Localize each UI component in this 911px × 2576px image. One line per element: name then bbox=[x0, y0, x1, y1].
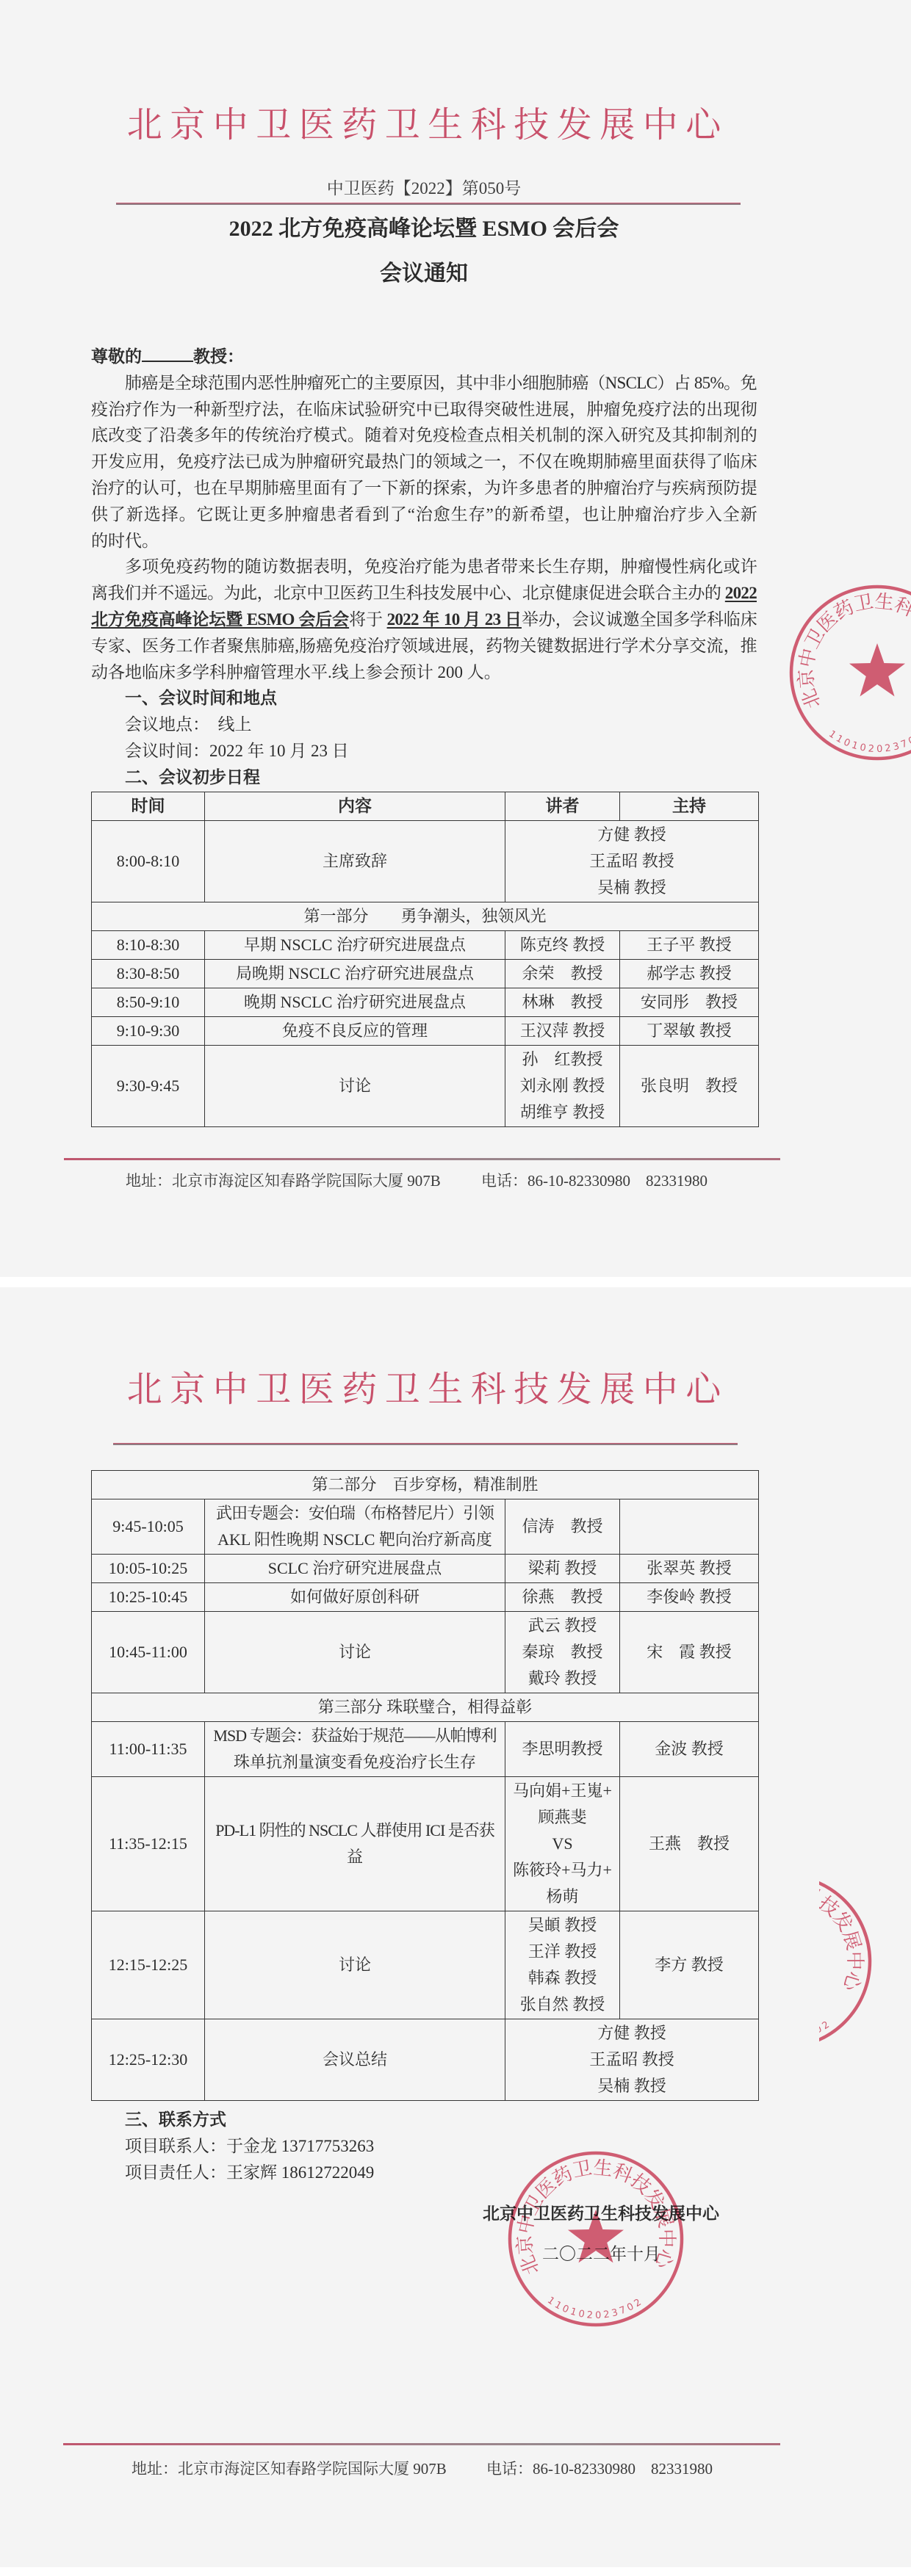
content-line: SCLC 治疗研究进展盘点 bbox=[206, 1555, 503, 1582]
paragraph-text: 离我们并不遥远。为此，北京中卫医药卫生科技发展中心、北京健康促进会联合主办的 bbox=[91, 584, 725, 602]
seal-star-icon bbox=[849, 643, 905, 696]
host-cell: 王燕 教授 bbox=[620, 1777, 759, 1911]
content-line: 讨论 bbox=[206, 1073, 503, 1099]
section-title: 第三部分 珠联璧合，相得益彰 bbox=[92, 1693, 759, 1722]
salutation: 尊敬的教授： bbox=[91, 341, 757, 368]
content-line: 益 bbox=[206, 1844, 503, 1870]
contact-label: 项目联系人： bbox=[125, 2137, 226, 2155]
paragraph-line: 动各地临床多学科肿瘤管理水平.线上参会预计 200 人。 bbox=[91, 659, 757, 686]
person-line: 徐燕 教授 bbox=[507, 1584, 618, 1610]
contact-phone: 18612722049 bbox=[281, 2163, 375, 2182]
paragraph-2: 多项免疫药物的随访数据表明，免疫治疗能为患者带来长生存期，肿瘤慢性病化或许 离我… bbox=[91, 554, 757, 685]
time-cell: 11:00-11:35 bbox=[92, 1722, 205, 1777]
schedule-row: 11:00-11:35 MSD 专题会：获益始于规范——从帕博利 珠单抗剂量演变… bbox=[92, 1722, 759, 1777]
host-cell: 张良明 教授 bbox=[620, 1046, 759, 1127]
paragraph-line: 专家、医务工作者聚焦肺癌,肠癌免疫治疗领域进展，药物关键数据进行学术分享交流，推 bbox=[91, 633, 757, 659]
content-cell: MSD 专题会：获益始于规范——从帕博利 珠单抗剂量演变看免疫治疗长生存 bbox=[205, 1722, 505, 1777]
time-cell: 8:10-8:30 bbox=[92, 931, 205, 960]
person-line: 吴頔 教授 bbox=[507, 1912, 618, 1939]
host-cell: 郝学志 教授 bbox=[620, 960, 759, 988]
person-line: 王洋 教授 bbox=[507, 1939, 618, 1965]
event-year-emphasis: 2022 bbox=[725, 584, 757, 602]
host-cell: 宋 霞 教授 bbox=[620, 1612, 759, 1693]
recipient-blank bbox=[142, 341, 193, 362]
content-line: 如何做好原创科研 bbox=[206, 1584, 503, 1610]
person-line: 张自然 教授 bbox=[507, 1991, 618, 2018]
time-cell: 10:25-10:45 bbox=[92, 1583, 205, 1612]
content-line: 讨论 bbox=[206, 1639, 503, 1665]
person-line: 李思明教授 bbox=[507, 1736, 618, 1762]
footer-divider bbox=[64, 1158, 780, 1160]
content-cell: 讨论 bbox=[205, 1911, 505, 2019]
speaker-cell: 吴頔 教授 王洋 教授 韩森 教授 张自然 教授 bbox=[505, 1911, 620, 2019]
schedule-row: 8:30-8:50 局晚期 NSCLC 治疗研究进展盘点 余荣 教授 郝学志 教… bbox=[92, 960, 759, 988]
schedule-table-part-1: 时间 内容 讲者 主持 8:00-8:10 主席致辞 方健 教授 王孟昭 教授 … bbox=[91, 792, 759, 1127]
salutation-prefix: 尊敬的 bbox=[91, 347, 142, 366]
person-line: 杨萌 bbox=[507, 1884, 618, 1910]
contact-phone: 13717753263 bbox=[281, 2137, 375, 2155]
person-line: 武云 教授 bbox=[507, 1613, 618, 1639]
person-line: 马向娟+王嵬+ bbox=[507, 1778, 618, 1804]
paragraph-line: 北方免疫高峰论坛暨 ESMO 会后会将于 2022 年 10 月 23 日举办，… bbox=[91, 607, 757, 633]
person-line: 宋 霞 教授 bbox=[622, 1639, 757, 1665]
meeting-time: 会议时间：2022 年 10 月 23 日 bbox=[91, 738, 757, 764]
person-line: 林琳 教授 bbox=[507, 989, 618, 1016]
column-header-speaker: 讲者 bbox=[505, 792, 620, 821]
time-cell: 9:10-9:30 bbox=[92, 1017, 205, 1046]
paragraph-text: 将于 bbox=[349, 610, 386, 629]
time-cell: 12:25-12:30 bbox=[92, 2019, 205, 2101]
footer-divider bbox=[63, 2443, 780, 2445]
time-cell: 12:15-12:25 bbox=[92, 1911, 205, 2019]
speaker-cell: 武云 教授 秦琼 教授 戴玲 教授 bbox=[505, 1612, 620, 1693]
schedule-row: 8:50-9:10 晚期 NSCLC 治疗研究进展盘点 林琳 教授 安同彤 教授 bbox=[92, 988, 759, 1017]
content-cell: 讨论 bbox=[205, 1046, 505, 1127]
time-cell: 9:30-9:45 bbox=[92, 1046, 205, 1127]
content-line: 珠单抗剂量演变看免疫治疗长生存 bbox=[206, 1749, 503, 1776]
person-line: 丁翠敏 教授 bbox=[622, 1018, 757, 1044]
content-line: 主席致辞 bbox=[206, 848, 503, 875]
person-line: 刘永刚 教授 bbox=[507, 1073, 618, 1099]
person-line: 孙 红教授 bbox=[507, 1046, 618, 1073]
paragraph-line: 供了新选择。它既让更多肿瘤患者看到了“治愈生存”的新希望，也让肿瘤治疗步入全新 bbox=[91, 502, 757, 528]
schedule-row: 9:10-9:30 免疫不良反应的管理 王汉萍 教授 丁翠敏 教授 bbox=[92, 1017, 759, 1046]
person-line: 吴楠 教授 bbox=[507, 875, 757, 901]
person-line: 吴楠 教授 bbox=[507, 2073, 757, 2099]
content-cell: 如何做好原创科研 bbox=[205, 1583, 505, 1612]
person-line: VS bbox=[507, 1831, 618, 1857]
host-cell: 张翠英 教授 bbox=[620, 1555, 759, 1583]
host-cell: 金波 教授 bbox=[620, 1722, 759, 1777]
paragraph-line: 开发应用，免疫疗法已成为肿瘤研究最热门的领域之一，不仅在晚期肺癌里面获得了临床 bbox=[91, 449, 757, 475]
person-line: 安同彤 教授 bbox=[622, 989, 757, 1016]
official-seal-icon: 北京中卫医药卫生科技发展中心 110102023702 bbox=[504, 2147, 688, 2331]
content-cell: 免疫不良反应的管理 bbox=[205, 1017, 505, 1046]
column-header-time: 时间 bbox=[92, 792, 205, 821]
host-cell: 李方 教授 bbox=[620, 1911, 759, 2019]
speaker-cell: 徐燕 教授 bbox=[505, 1583, 620, 1612]
event-name-emphasis: 北方免疫高峰论坛暨 ESMO 会后会 bbox=[91, 610, 349, 629]
content-line: 晚期 NSCLC 治疗研究进展盘点 bbox=[206, 989, 503, 1016]
event-date-emphasis: 2022 年 10 月 23 日 bbox=[387, 610, 522, 629]
paragraph-line: 肺癌是全球范围内恶性肿瘤死亡的主要原因，其中非小细胞肺癌（NSCLC）占 85%… bbox=[91, 370, 757, 397]
schedule-row: 12:25-12:30 会议总结 方健 教授 王孟昭 教授 吴楠 教授 bbox=[92, 2019, 759, 2101]
content-cell: PD-L1 阴性的 NSCLC 人群使用 ICI 是否获 益 bbox=[205, 1777, 505, 1911]
schedule-row: 11:35-12:15 PD-L1 阴性的 NSCLC 人群使用 ICI 是否获… bbox=[92, 1777, 759, 1911]
section-row: 第三部分 珠联璧合，相得益彰 bbox=[92, 1693, 759, 1722]
schedule-row: 10:45-11:00 讨论 武云 教授 秦琼 教授 戴玲 教授 宋 霞 教授 bbox=[92, 1612, 759, 1693]
time-cell: 8:30-8:50 bbox=[92, 960, 205, 988]
paragraph-1: 肺癌是全球范围内恶性肿瘤死亡的主要原因，其中非小细胞肺癌（NSCLC）占 85%… bbox=[91, 370, 757, 554]
time-cell: 11:35-12:15 bbox=[92, 1777, 205, 1911]
person-line: 余荣 教授 bbox=[507, 960, 618, 987]
content-line: 讨论 bbox=[206, 1952, 503, 1978]
time-label: 会议时间： bbox=[125, 742, 209, 760]
content-line: 会议总结 bbox=[206, 2047, 503, 2073]
notice-subtitle: 会议通知 bbox=[91, 259, 757, 289]
person-line: 金波 教授 bbox=[622, 1736, 757, 1762]
section-title: 第一部分 勇争潮头，独领风光 bbox=[92, 902, 759, 931]
contact-name: 王家辉 bbox=[226, 2163, 277, 2182]
schedule-row: 8:00-8:10 主席致辞 方健 教授 王孟昭 教授 吴楠 教授 bbox=[92, 821, 759, 902]
host-cell bbox=[620, 1499, 759, 1555]
person-line: 李方 教授 bbox=[622, 1952, 757, 1978]
person-line: 王孟昭 教授 bbox=[507, 2047, 757, 2073]
paragraph-line: 多项免疫药物的随访数据表明，免疫治疗能为患者带来长生存期，肿瘤慢性病化或许 bbox=[91, 554, 757, 580]
footer-phone: 电话：86-10-82330980 82331980 bbox=[486, 2459, 713, 2479]
document-number: 中卫医药【2022】第050号 bbox=[91, 178, 757, 200]
person-line: 韩森 教授 bbox=[507, 1965, 618, 1991]
contact-name: 于金龙 bbox=[226, 2137, 277, 2155]
footer-address: 地址：北京市海淀区知春路学院国际大厦 907B bbox=[132, 2459, 447, 2479]
letterhead-title: 北京中卫医药卫生科技发展中心 bbox=[91, 1371, 757, 1409]
speaker-cell: 李思明教授 bbox=[505, 1722, 620, 1777]
content-line: PD-L1 阴性的 NSCLC 人群使用 ICI 是否获 bbox=[206, 1817, 503, 1844]
speakers-hosts-cell: 方健 教授 王孟昭 教授 吴楠 教授 bbox=[505, 2019, 759, 2101]
content-cell: 局晚期 NSCLC 治疗研究进展盘点 bbox=[205, 960, 505, 988]
schedule-row: 9:30-9:45 讨论 孙 红教授 刘永刚 教授 胡维亨 教授 张良明 教授 bbox=[92, 1046, 759, 1127]
person-line: 陈克终 教授 bbox=[507, 932, 618, 958]
schedule-row: 10:25-10:45 如何做好原创科研 徐燕 教授 李俊岭 教授 bbox=[92, 1583, 759, 1612]
time-cell: 10:05-10:25 bbox=[92, 1555, 205, 1583]
content-cell: 会议总结 bbox=[205, 2019, 505, 2101]
person-line: 信涛 教授 bbox=[507, 1513, 618, 1540]
section-heading-contact: 三、联系方式 bbox=[91, 2107, 757, 2133]
time-cell: 8:00-8:10 bbox=[92, 821, 205, 902]
seam-seal-clip: 北京中卫医药卫生科技发展中心 110102023702 bbox=[819, 1865, 911, 2063]
official-seal-icon: 北京中卫医药卫生科技发展中心 110102023702 bbox=[785, 581, 911, 764]
speaker-cell: 余荣 教授 bbox=[505, 960, 620, 988]
person-line: 王汉萍 教授 bbox=[507, 1018, 618, 1044]
host-cell: 王子平 教授 bbox=[620, 931, 759, 960]
person-line: 王燕 教授 bbox=[622, 1831, 757, 1857]
column-header-host: 主持 bbox=[620, 792, 759, 821]
speaker-cell: 信涛 教授 bbox=[505, 1499, 620, 1555]
content-cell: 讨论 bbox=[205, 1612, 505, 1693]
seal-star-icon bbox=[568, 2210, 624, 2262]
person-line: 方健 教授 bbox=[507, 2020, 757, 2047]
person-line: 顾燕斐 bbox=[507, 1804, 618, 1831]
header-divider bbox=[116, 203, 741, 205]
speaker-cell: 马向娟+王嵬+ 顾燕斐 VS 陈筱玲+马力+ 杨萌 bbox=[505, 1777, 620, 1911]
person-line: 张良明 教授 bbox=[622, 1073, 757, 1099]
content-cell: 晚期 NSCLC 治疗研究进展盘点 bbox=[205, 988, 505, 1017]
content-line: 免疫不良反应的管理 bbox=[206, 1018, 503, 1044]
time-cell: 8:50-9:10 bbox=[92, 988, 205, 1017]
salutation-suffix: 教授： bbox=[193, 347, 244, 366]
header-divider bbox=[113, 1443, 738, 1445]
person-line: 王孟昭 教授 bbox=[507, 848, 757, 875]
person-line: 胡维亨 教授 bbox=[507, 1099, 618, 1126]
meeting-location: 会议地点： 线上 bbox=[91, 712, 757, 738]
footer-address: 地址：北京市海淀区知春路学院国际大厦 907B bbox=[126, 1171, 441, 1191]
person-line: 陈筱玲+马力+ bbox=[507, 1857, 618, 1884]
content-cell: 主席致辞 bbox=[205, 821, 505, 902]
paragraph-line: 的时代。 bbox=[91, 528, 757, 554]
schedule-row: 8:10-8:30 早期 NSCLC 治疗研究进展盘点 陈克终 教授 王子平 教… bbox=[92, 931, 759, 960]
seal-org-name: 北京中卫医药卫生科技发展中心 bbox=[795, 590, 911, 712]
official-seal-icon: 北京中卫医药卫生科技发展中心 110102023702 bbox=[819, 1870, 876, 2053]
column-header-content: 内容 bbox=[205, 792, 505, 821]
person-line: 李俊岭 教授 bbox=[622, 1584, 757, 1610]
time-cell: 10:45-11:00 bbox=[92, 1612, 205, 1693]
schedule-row: 9:45-10:05 武田专题会：安伯瑞（布格替尼片）引领 AKL 阳性晚期 N… bbox=[92, 1499, 759, 1555]
person-line: 戴玲 教授 bbox=[507, 1665, 618, 1692]
section-row: 第一部分 勇争潮头，独领风光 bbox=[92, 902, 759, 931]
content-line: MSD 专题会：获益始于规范——从帕博利 bbox=[206, 1723, 503, 1749]
content-line: AKL 阳性晚期 NSCLC 靶向治疗新高度 bbox=[206, 1527, 503, 1553]
host-cell: 李俊岭 教授 bbox=[620, 1583, 759, 1612]
person-line: 张翠英 教授 bbox=[622, 1555, 757, 1582]
speaker-cell: 孙 红教授 刘永刚 教授 胡维亨 教授 bbox=[505, 1046, 620, 1127]
paragraph-line: 治疗的认可，也在早期肺癌里面有了一下新的探索，为许多患者的肿瘤治疗与疾病预防提 bbox=[91, 475, 757, 502]
location-value: 线上 bbox=[201, 715, 252, 734]
speaker-cell: 林琳 教授 bbox=[505, 988, 620, 1017]
contact-label: 项目责任人： bbox=[125, 2163, 226, 2182]
person-line: 郝学志 教授 bbox=[622, 960, 757, 987]
person-line: 梁莉 教授 bbox=[507, 1555, 618, 1582]
content-line: 早期 NSCLC 治疗研究进展盘点 bbox=[206, 932, 503, 958]
section-heading-schedule: 二、会议初步日程 bbox=[91, 764, 757, 791]
paragraph-line: 离我们并不遥远。为此，北京中卫医药卫生科技发展中心、北京健康促进会联合主办的 2… bbox=[91, 580, 757, 607]
section-heading-time-location: 一、会议时间和地点 bbox=[91, 685, 757, 712]
time-value: 2022 年 10 月 23 日 bbox=[209, 742, 349, 760]
schedule-row: 10:05-10:25 SCLC 治疗研究进展盘点 梁莉 教授 张翠英 教授 bbox=[92, 1555, 759, 1583]
paragraph-text: 举办，会议诚邀全国多学科临床 bbox=[522, 610, 757, 629]
content-line: 局晚期 NSCLC 治疗研究进展盘点 bbox=[206, 960, 503, 987]
person-line: 王子平 教授 bbox=[622, 932, 757, 958]
table-header-row: 时间 内容 讲者 主持 bbox=[92, 792, 759, 821]
speaker-cell: 梁莉 教授 bbox=[505, 1555, 620, 1583]
seal-text: 北京中卫医药卫生科技发展中心 bbox=[795, 590, 911, 712]
paragraph-line: 底改变了沿袭多年的传统治疗模式。随着对免疫检查点相关机制的深入研究及其抑制剂的 bbox=[91, 422, 757, 449]
letterhead-title: 北京中卫医药卫生科技发展中心 bbox=[91, 106, 757, 145]
speaker-cell: 陈克终 教授 bbox=[505, 931, 620, 960]
schedule-row: 12:15-12:25 讨论 吴頔 教授 王洋 教授 韩森 教授 张自然 教授 … bbox=[92, 1911, 759, 2019]
host-cell: 丁翠敏 教授 bbox=[620, 1017, 759, 1046]
speaker-cell: 王汉萍 教授 bbox=[505, 1017, 620, 1046]
location-label: 会议地点： bbox=[125, 715, 201, 734]
speakers-hosts-cell: 方健 教授 王孟昭 教授 吴楠 教授 bbox=[505, 821, 759, 902]
host-cell: 安同彤 教授 bbox=[620, 988, 759, 1017]
content-cell: SCLC 治疗研究进展盘点 bbox=[205, 1555, 505, 1583]
person-line: 方健 教授 bbox=[507, 822, 757, 848]
content-cell: 武田专题会：安伯瑞（布格替尼片）引领 AKL 阳性晚期 NSCLC 靶向治疗新高… bbox=[205, 1499, 505, 1555]
time-cell: 9:45-10:05 bbox=[92, 1499, 205, 1555]
content-line: 武田专题会：安伯瑞（布格替尼片）引领 bbox=[206, 1500, 503, 1527]
person-line: 秦琼 教授 bbox=[507, 1639, 618, 1665]
notice-body: 尊敬的教授： 肺癌是全球范围内恶性肿瘤死亡的主要原因，其中非小细胞肺癌（NSCL… bbox=[91, 341, 757, 791]
paragraph-line: 疫治疗作为一种新型疗法，在临床试验研究中已取得突破性进展，肿瘤免疫疗法的出现彻 bbox=[91, 397, 757, 423]
content-cell: 早期 NSCLC 治疗研究进展盘点 bbox=[205, 931, 505, 960]
section-row: 第二部分 百步穿杨，精准制胜 bbox=[92, 1471, 759, 1499]
section-title: 第二部分 百步穿杨，精准制胜 bbox=[92, 1471, 759, 1499]
schedule-table-part-2: 第二部分 百步穿杨，精准制胜 9:45-10:05 武田专题会：安伯瑞（布格替尼… bbox=[91, 1470, 759, 2101]
notice-title: 2022 北方免疫高峰论坛暨 ESMO 会后会 bbox=[91, 214, 757, 244]
footer-phone: 电话：86-10-82330980 82331980 bbox=[481, 1171, 707, 1191]
